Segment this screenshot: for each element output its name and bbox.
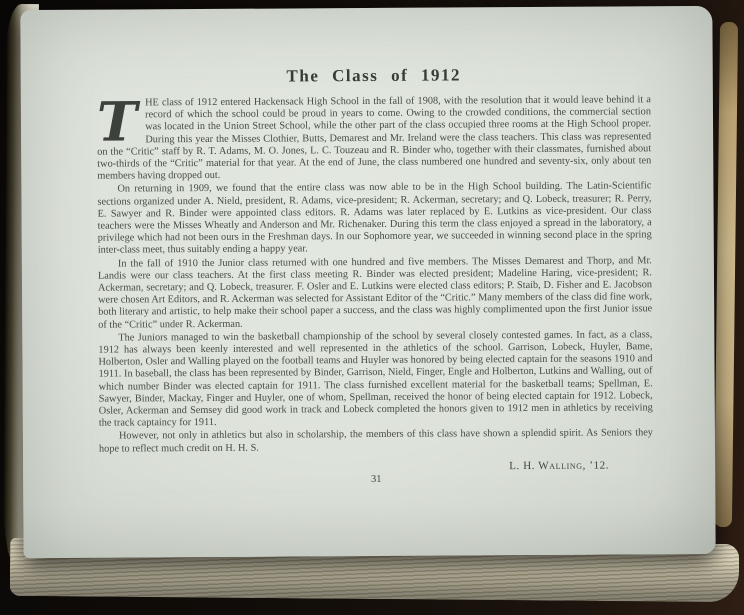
body-paragraph: THE class of 1912 entered Hackensack Hig… — [97, 94, 652, 183]
page-title: The Class of 1912 — [97, 64, 651, 87]
body-paragraph: In the fall of 1910 the Junior class ret… — [98, 255, 652, 332]
body-paragraph: The Juniors managed to win the basketbal… — [98, 329, 653, 430]
body-paragraph: On returning in 1909, we found that the … — [97, 181, 651, 258]
book-page: The Class of 1912 THE class of 1912 ente… — [20, 6, 715, 558]
drop-cap: T — [97, 97, 145, 142]
book-photo: The Class of 1912 THE class of 1912 ente… — [0, 0, 744, 615]
body-paragraph: However, not only in athletics but also … — [99, 428, 653, 456]
page-edge-right — [714, 22, 738, 527]
page-text: The Class of 1912 THE class of 1912 ente… — [97, 64, 654, 488]
paragraph-text: HE class of 1912 entered Hackensack High… — [97, 94, 651, 182]
page-number: 31 — [99, 472, 653, 488]
